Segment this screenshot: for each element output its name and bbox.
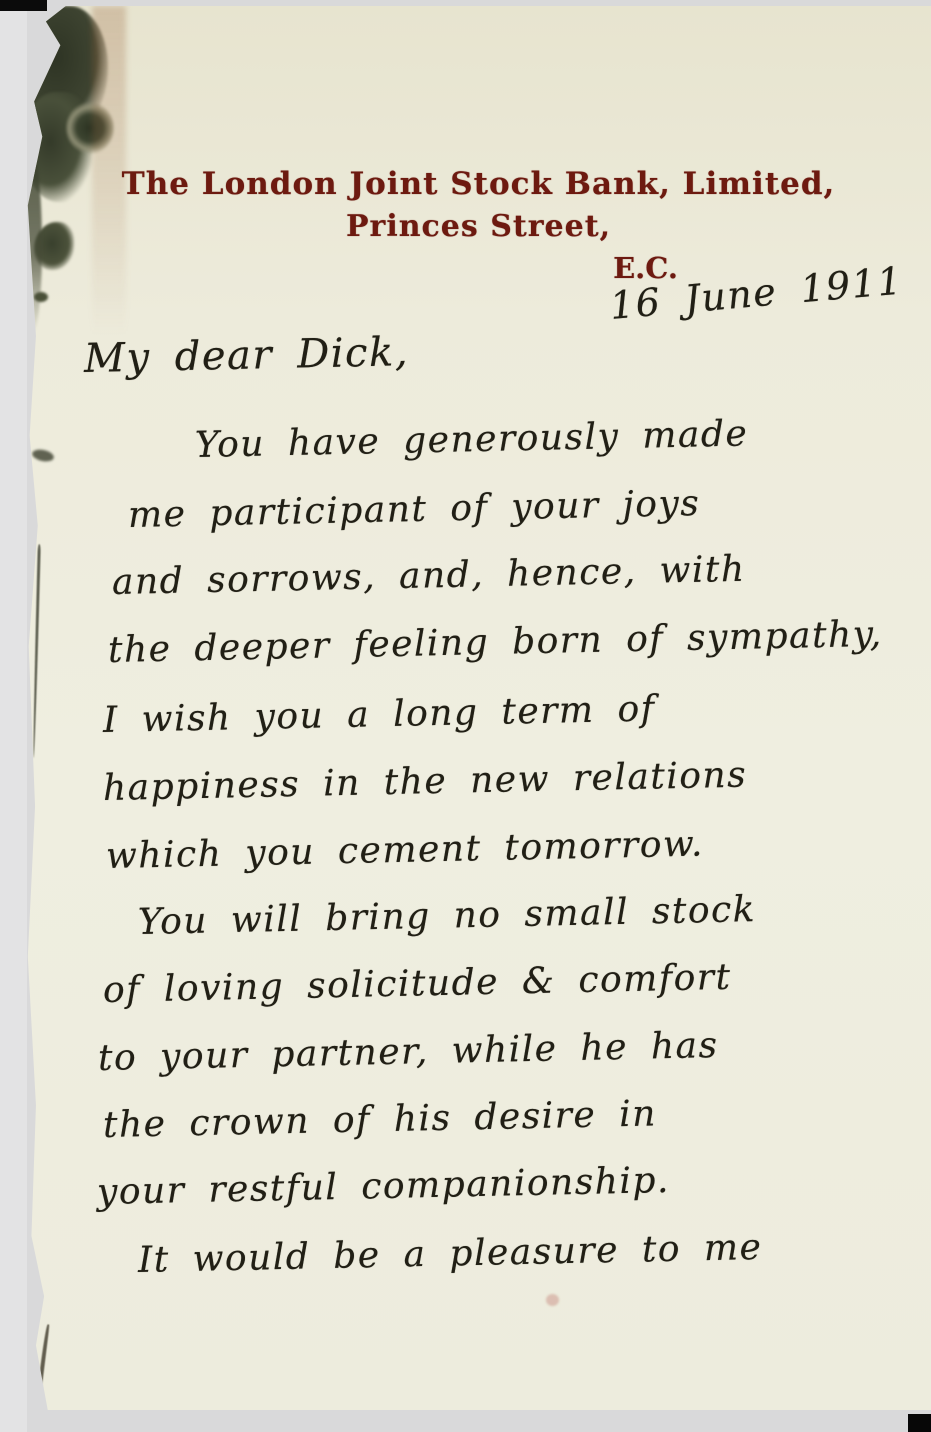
scanner-edge-mark-top — [0, 0, 47, 11]
body-line-10: to your partner, while he has — [98, 1025, 719, 1079]
body-line-2: me participant of your joys — [128, 483, 701, 536]
body-line-9: of loving solicitude & comfort — [103, 957, 732, 1011]
body-line-13: It would be a pleasure to me — [138, 1227, 763, 1281]
paper-crease — [32, 544, 41, 758]
letter-scan: The London Joint Stock Bank, Limited, Pr… — [0, 0, 931, 1432]
letter-paper: The London Joint Stock Bank, Limited, Pr… — [26, 6, 931, 1410]
body-line-5: I wish you a long term of — [103, 688, 656, 741]
letter-salutation: My dear Dick, — [84, 329, 410, 382]
body-line-12: your restful companionship. — [97, 1160, 671, 1213]
body-line-8: You will bring no small stock — [138, 889, 757, 943]
scanner-edge-mark-bottom — [908, 1414, 931, 1432]
foxing-spot — [546, 1294, 559, 1306]
paper-crease — [34, 1324, 49, 1416]
body-line-3: and sorrows, and, hence, with — [112, 549, 746, 603]
damage-stain — [31, 448, 55, 463]
damage-stain — [34, 292, 48, 302]
body-line-4: the deeper feeling born of sympathy, — [108, 614, 884, 671]
scan-background-strip — [0, 11, 27, 1432]
body-line-1: You have generously made — [195, 413, 749, 466]
letterhead-bank-name: The London Joint Stock Bank, Limited, — [26, 162, 931, 206]
body-line-6: happiness in the new relations — [103, 755, 748, 809]
body-line-7: which you cement tomorrow. — [106, 823, 705, 877]
letterhead-street: Princes Street, — [26, 206, 931, 248]
body-line-11: the crown of his desire in — [103, 1093, 658, 1146]
